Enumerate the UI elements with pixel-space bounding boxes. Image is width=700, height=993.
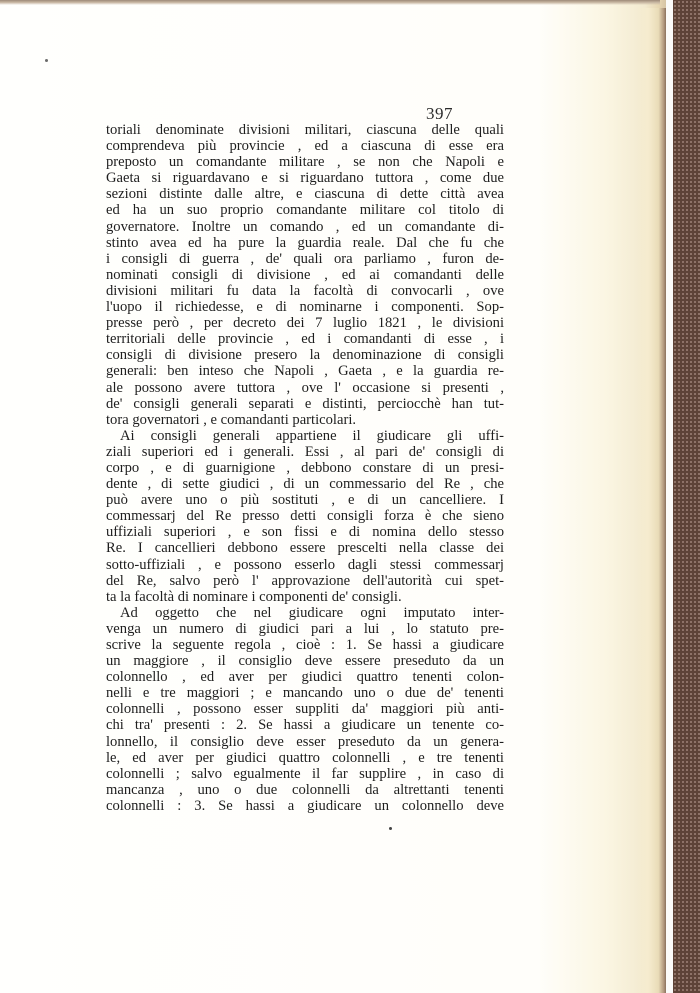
text-line: le, ed aver per giudici quattro colonnel… bbox=[106, 750, 504, 766]
text-line: colonnelli , possono esser suppliti da' … bbox=[106, 701, 504, 717]
text-line: nelli e tre maggiori ; e mancando uno o … bbox=[106, 685, 504, 701]
text-line: Gaeta si riguardavano e si riguardano tu… bbox=[106, 170, 504, 186]
text-line: presse però , per decreto dei 7 luglio 1… bbox=[106, 315, 504, 331]
text-line: comprendeva più provincie , ed a ciascun… bbox=[106, 138, 504, 154]
text-line: mancanza , uno o due colonnelli da altre… bbox=[106, 782, 504, 798]
page-fore-edge bbox=[636, 8, 666, 993]
text-line: ale possono avere tuttora , ove l' occas… bbox=[106, 380, 504, 396]
text-line: colonnelli ; salvo egualmente il far sup… bbox=[106, 766, 504, 782]
text-line: dente , di sette giudici , di un commess… bbox=[106, 476, 504, 492]
paper-speck bbox=[45, 59, 48, 62]
text-line: l'uopo il richiedesse, e di nominarne i … bbox=[106, 299, 504, 315]
page-gutter bbox=[666, 0, 673, 993]
text-line: chi tra' presenti : 2. Se hassi a giudic… bbox=[106, 717, 504, 733]
text-line: scrive la seguente regola , cioè : 1. Se… bbox=[106, 637, 504, 653]
text-line: generali: ben inteso che Napoli , Gaeta … bbox=[106, 363, 504, 379]
book-binding-cloth bbox=[673, 0, 700, 993]
text-line: consigli di divisione presero la denomin… bbox=[106, 347, 504, 363]
text-line: Ad oggetto che nel giudicare ogni imputa… bbox=[106, 605, 504, 621]
text-line: Ai consigli generali appartiene il giudi… bbox=[106, 428, 504, 444]
text-line: commessarj del Re presso detti consigli … bbox=[106, 508, 504, 524]
text-line: governatore. Inoltre un comando , ed un … bbox=[106, 219, 504, 235]
text-line: lonnello, il consiglio deve esser presed… bbox=[106, 734, 504, 750]
text-line: sezioni distinte dalle altre, e ciascuna… bbox=[106, 186, 504, 202]
paper-speck bbox=[389, 827, 392, 830]
text-line: uffiziali superiori , e son fissi e di n… bbox=[106, 524, 504, 540]
text-line: toriali denominate divisioni militari, c… bbox=[106, 122, 504, 138]
text-line: stinto avea ed ha pure la guardia reale.… bbox=[106, 235, 504, 251]
text-line: sotto-uffiziali , e possono esserlo dagl… bbox=[106, 557, 504, 573]
page-number: 397 bbox=[426, 104, 453, 124]
text-line: ed ha un suo proprio comandante militare… bbox=[106, 202, 504, 218]
text-line: nominati consigli di divisione , ed ai c… bbox=[106, 267, 504, 283]
body-text: toriali denominate divisioni militari, c… bbox=[106, 122, 504, 814]
text-line: de' consigli generali separati e distint… bbox=[106, 396, 504, 412]
text-line: Re. I cancellieri debbono essere prescel… bbox=[106, 540, 504, 556]
page-top-edge bbox=[0, 0, 660, 5]
text-line: divisioni militari fu data la facoltà di… bbox=[106, 283, 504, 299]
text-line: ta la facoltà di nominare i componenti d… bbox=[106, 589, 504, 605]
text-line: tora governatori , e comandanti particol… bbox=[106, 412, 504, 428]
text-line: un maggiore , il consiglio deve essere p… bbox=[106, 653, 504, 669]
text-line: del Re, salvo però l' approvazione dell'… bbox=[106, 573, 504, 589]
text-line: ziali superiori ed i generali. Essi , al… bbox=[106, 444, 504, 460]
text-line: territoriali delle provincie , ed i coma… bbox=[106, 331, 504, 347]
text-line: può avere uno o più sostituti , e di un … bbox=[106, 492, 504, 508]
text-line: preposto un comandante militare , se non… bbox=[106, 154, 504, 170]
text-line: corpo , e di guarnigione , debbono const… bbox=[106, 460, 504, 476]
text-line: colonnello , ed aver per giudici quattro… bbox=[106, 669, 504, 685]
text-line: colonnelli : 3. Se hassi a giudicare un … bbox=[106, 798, 504, 814]
text-line: i consigli di guerra , de' quali ora par… bbox=[106, 251, 504, 267]
text-line: venga un numero di giudici pari a lui , … bbox=[106, 621, 504, 637]
